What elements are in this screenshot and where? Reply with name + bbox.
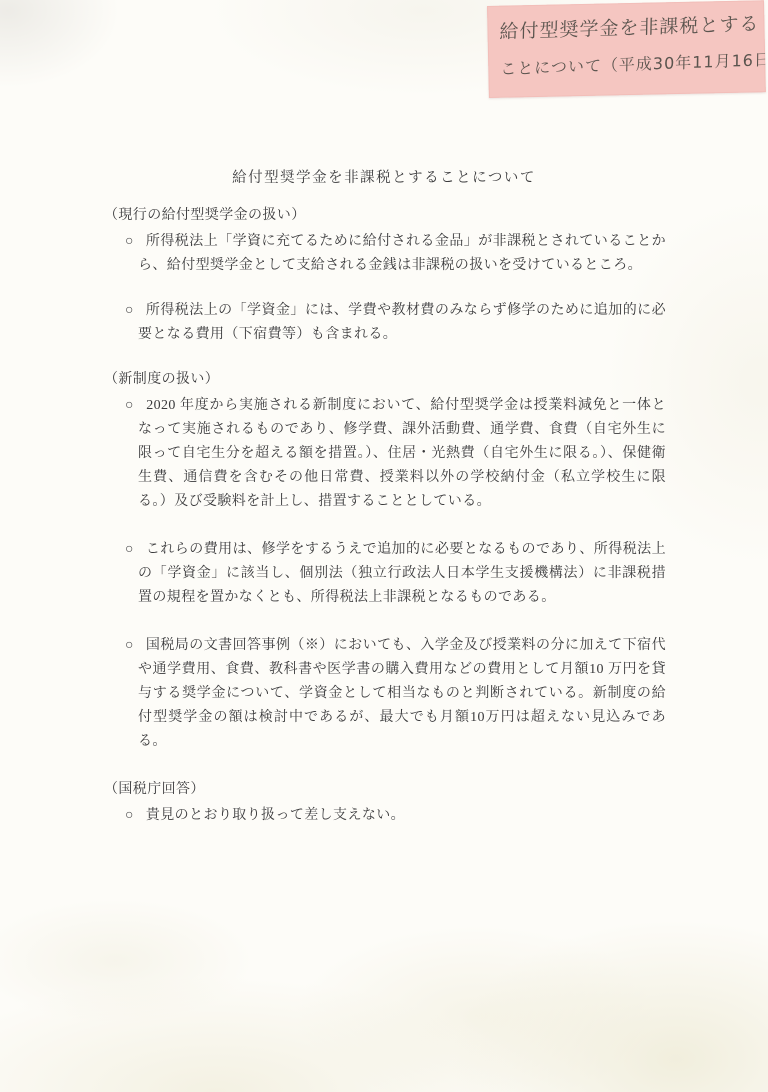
bullet-item: ○2020 年度から実施される新制度において、給付型奨学金は授業料減免と一体とな… — [138, 394, 666, 514]
bullet-item: ○貴見のとおり取り扱って差し支えない。 — [138, 804, 666, 828]
section-nta-reply: （国税庁回答） ○貴見のとおり取り扱って差し支えない。 — [104, 778, 666, 828]
handwritten-line-1: 給付型奨学金を非課税とする — [499, 9, 756, 44]
circle-bullet-marker: ○ — [125, 398, 134, 413]
section-current-treatment: （現行の給付型奨学金の扱い） ○所得税法上「学資に充てるために給付される金品」が… — [104, 204, 666, 347]
bullet-item: ○国税局の文書回答事例（※）においても、入学金及び授業料の分に加えて下宿代や通学… — [138, 634, 666, 754]
document-body: （現行の給付型奨学金の扱い） ○所得税法上「学資に充てるために給付される金品」が… — [104, 204, 666, 828]
circle-bullet-marker: ○ — [125, 542, 134, 557]
handwritten-line-2: ことについて（平成30年11月16日） — [500, 48, 757, 80]
bullet-text: 所得税法上「学資に充てるために給付される金品」が非課税とされていることから、給付… — [138, 234, 666, 273]
circle-bullet-marker: ○ — [125, 808, 134, 823]
bullet-text: 2020 年度から実施される新制度において、給付型奨学金は授業料減免と一体となっ… — [138, 398, 666, 509]
circle-bullet-marker: ○ — [125, 234, 134, 249]
section-new-system: （新制度の扱い） ○2020 年度から実施される新制度において、給付型奨学金は授… — [104, 368, 666, 754]
section-heading-current: （現行の給付型奨学金の扱い） — [104, 204, 666, 228]
bullet-item: ○所得税法上「学資に充てるために給付される金品」が非課税とされていることから、給… — [138, 230, 666, 278]
bullet-text: 所得税法上の「学資金」には、学費や教材費のみならず修学のために追加的に必要となる… — [138, 303, 666, 342]
bullet-item: ○所得税法上の「学資金」には、学費や教材費のみならず修学のために追加的に必要とな… — [138, 299, 666, 347]
sticky-note: 給付型奨学金を非課税とする ことについて（平成30年11月16日） — [487, 0, 766, 98]
section-heading-new: （新制度の扱い） — [104, 368, 666, 392]
bullet-item: ○これらの費用は、修学をするうえで追加的に必要となるものであり、所得税法上の「学… — [138, 538, 666, 610]
document-page: 給付型奨学金を非課税とする ことについて（平成30年11月16日） 給付型奨学金… — [0, 0, 768, 828]
bullet-text: これらの費用は、修学をするうえで追加的に必要となるものであり、所得税法上の「学資… — [138, 542, 666, 605]
section-heading-nta: （国税庁回答） — [104, 778, 666, 802]
circle-bullet-marker: ○ — [125, 638, 134, 653]
bullet-text: 貴見のとおり取り扱って差し支えない。 — [146, 808, 405, 823]
circle-bullet-marker: ○ — [125, 303, 134, 318]
bullet-text: 国税局の文書回答事例（※）においても、入学金及び授業料の分に加えて下宿代や通学費… — [138, 638, 666, 749]
